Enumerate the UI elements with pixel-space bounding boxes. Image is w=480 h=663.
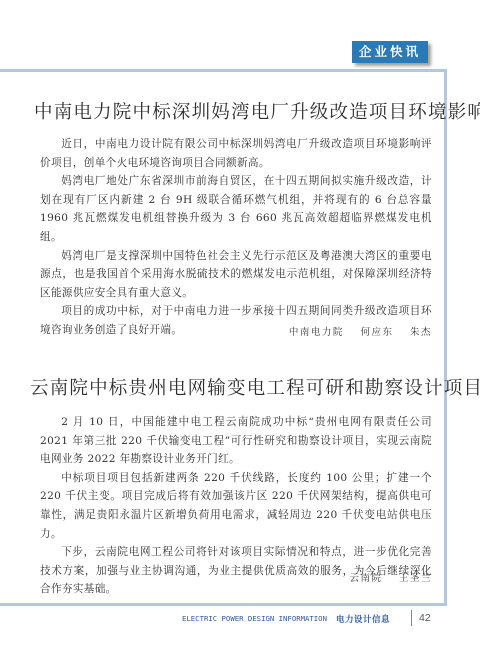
page-number: 42 [419,612,431,624]
publication-name-cn: 电力设计信息 [336,613,390,625]
page-footer: ELECTRIC POWER DESIGN INFORMATION 电力设计信息… [0,610,480,630]
article-paragraph: 中标项目项目包括新建两条 220 千伏线路，长度约 100 公里；扩建一个 22… [40,469,432,543]
byline-author: 何应东 [360,327,393,338]
byline-author: 朱杰 [410,327,432,338]
article-byline: 中南电力院 何应东 朱杰 [289,324,432,338]
article-paragraph: 妈湾电厂是支撑深圳中国特色社会主义先行示范区及粤港澳大湾区的重要电源点，也是我国… [40,247,432,303]
byline-org: 云南院 [349,573,382,584]
article-paragraph: 2 月 10 日，中国能建中电工程云南院成功中标“贵州电网有限责任公司 2021… [40,413,432,469]
article-title: 云南院中标贵州电网输变电工程可研和勘察设计项目 [30,374,422,400]
article-title: 中南电力院中标深圳妈湾电厂升级改造项目环境影响评价 [34,98,438,124]
byline-author: 王圣兰 [399,573,432,584]
article-guizhou-grid-project: 云南院中标贵州电网输变电工程可研和勘察设计项目 2 月 10 日，中国能建中电工… [40,374,432,599]
publication-name-en: ELECTRIC POWER DESIGN INFORMATION [182,614,327,623]
article-mawan-power-plant: 中南电力院中标深圳妈湾电厂升级改造项目环境影响评价 近日，中南电力设计院有限公司… [40,98,432,340]
article-paragraph: 妈湾电厂地处广东省深圳市前海自贸区，在十四五期间拟实施升级改造，计划在现有厂区内… [40,172,432,246]
section-badge: 企业快讯 [352,41,428,63]
article-paragraph: 近日，中南电力设计院有限公司中标深圳妈湾电厂升级改造项目环境影响评价项目，创单个… [40,135,432,172]
article-byline: 云南院 王圣兰 [349,570,432,584]
byline-org: 中南电力院 [289,327,344,338]
footer-divider [411,610,412,626]
